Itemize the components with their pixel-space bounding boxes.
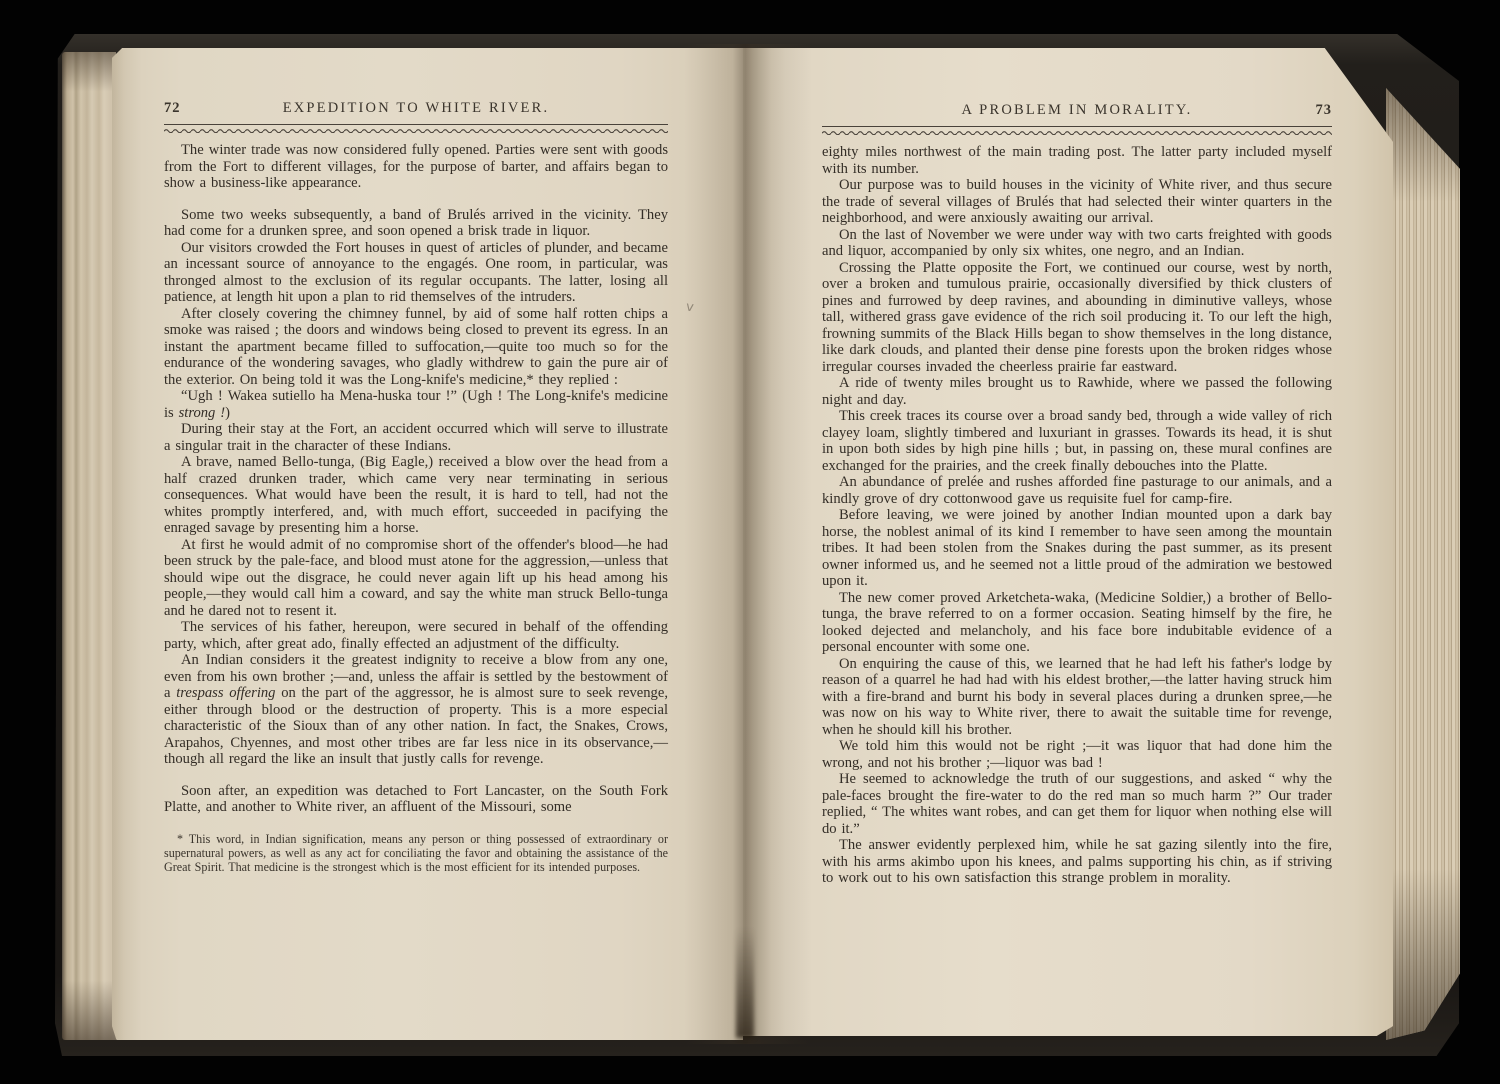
paragraph: At first he would admit of no compromise… <box>164 537 668 620</box>
paragraph: Soon after, an expedition was detached t… <box>164 783 668 816</box>
wavy-rule <box>164 127 668 133</box>
paragraph: He seemed to acknowledge the truth of ou… <box>822 771 1332 837</box>
right-page-header: A PROBLEM IN MORALITY. 73 <box>822 102 1332 119</box>
straight-rule <box>822 126 1332 127</box>
right-page-edges <box>1386 88 1460 1040</box>
paragraph: After closely covering the chimney funne… <box>164 306 668 389</box>
straight-rule <box>164 124 668 125</box>
paragraph: The winter trade was now considered full… <box>164 142 668 192</box>
pencil-mark: v <box>685 300 695 316</box>
left-page-header: 72 EXPEDITION TO WHITE RIVER. <box>164 100 668 117</box>
left-page: 72 EXPEDITION TO WHITE RIVER. The winter… <box>112 48 743 1040</box>
paragraph: An abundance of prelée and rushes afford… <box>822 474 1332 507</box>
left-page-edges <box>62 52 116 1040</box>
paragraph: The new comer proved Arketcheta-waka, (M… <box>822 590 1332 656</box>
paragraph: Our purpose was to build houses in the v… <box>822 177 1332 227</box>
left-page-text: The winter trade was now considered full… <box>164 142 668 816</box>
paragraph: On enquiring the cause of this, we learn… <box>822 656 1332 739</box>
right-page-number: 73 <box>1288 102 1332 119</box>
paragraph: eighty miles northwest of the main tradi… <box>822 144 1332 177</box>
paragraph: We told him this would not be right ;—it… <box>822 738 1332 771</box>
header-rule <box>164 124 668 133</box>
paragraph: During their stay at the Fort, an accide… <box>164 421 668 454</box>
left-running-title: EXPEDITION TO WHITE RIVER. <box>208 100 624 117</box>
paragraph: This creek traces its course over a broa… <box>822 408 1332 474</box>
paragraph: The services of his father, hereupon, we… <box>164 619 668 652</box>
right-page-text: eighty miles northwest of the main tradi… <box>822 144 1332 887</box>
paragraph: Crossing the Platte opposite the Fort, w… <box>822 260 1332 376</box>
paragraph: Our visitors crowded the Fort houses in … <box>164 240 668 306</box>
photo-background: 72 EXPEDITION TO WHITE RIVER. The winter… <box>0 0 1500 1084</box>
wavy-rule <box>822 129 1332 135</box>
paragraph: An Indian considers it the greatest indi… <box>164 652 668 768</box>
paragraph: * This word, in Indian signification, me… <box>164 832 668 874</box>
paragraph: A brave, named Bello-tunga, (Big Eagle,)… <box>164 454 668 537</box>
paragraph: On the last of November we were under wa… <box>822 227 1332 260</box>
paragraph: Some two weeks subsequently, a band of B… <box>164 207 668 240</box>
left-page-footnote: * This word, in Indian signification, me… <box>164 832 668 874</box>
paragraph: “Ugh ! Wakea sutiello ha Mena-huska tour… <box>164 388 668 421</box>
header-rule <box>822 126 1332 135</box>
right-running-title: A PROBLEM IN MORALITY. <box>866 102 1288 119</box>
right-page: A PROBLEM IN MORALITY. 73 eighty miles n… <box>743 48 1393 1036</box>
paragraph: The answer evidently perplexed him, whil… <box>822 837 1332 887</box>
paragraph: A ride of twenty miles brought us to Raw… <box>822 375 1332 408</box>
paragraph: Before leaving, we were joined by anothe… <box>822 507 1332 590</box>
left-page-number: 72 <box>164 100 208 117</box>
